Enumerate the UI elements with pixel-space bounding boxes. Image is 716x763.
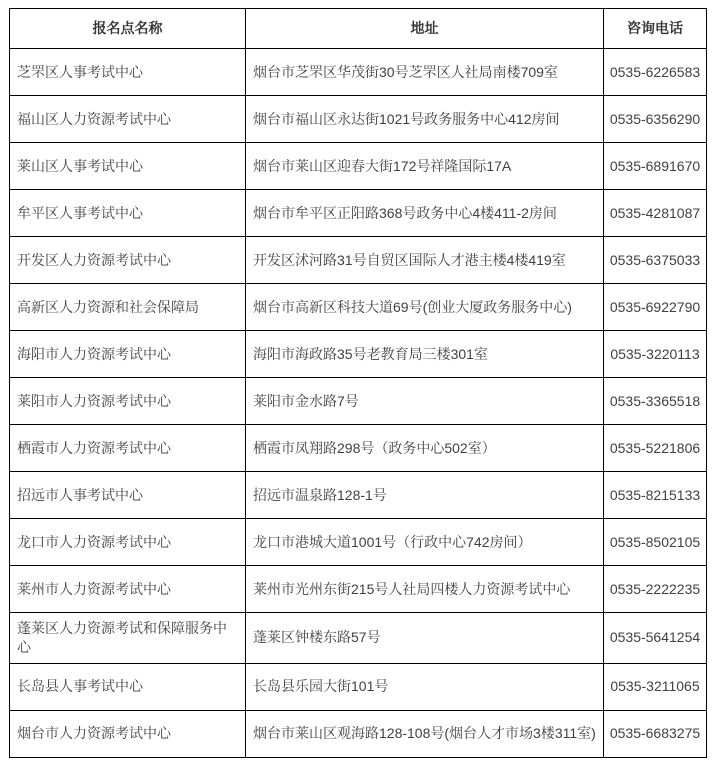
cell-address: 烟台市芝罘区华茂街30号芝罘区人社局南楼709室 bbox=[246, 49, 604, 96]
cell-address: 龙口市港城大道1001号（行政中心742房间） bbox=[246, 519, 604, 566]
cell-phone: 0535-6356290 bbox=[604, 96, 707, 143]
cell-address: 莱州市光州东街215号人社局四楼人力资源考试中心 bbox=[246, 566, 604, 613]
cell-phone: 0535-2222235 bbox=[604, 566, 707, 613]
cell-phone: 0535-5641254 bbox=[604, 613, 707, 664]
header-address: 地址 bbox=[246, 9, 604, 49]
cell-address: 招远市温泉路128-1号 bbox=[246, 472, 604, 519]
cell-address: 长岛县乐园大街101号 bbox=[246, 663, 604, 710]
cell-registration-point-name: 莱阳市人力资源考试中心 bbox=[10, 378, 246, 425]
table-row: 烟台市人力资源考试中心烟台市莱山区观海路128-108号(烟台人才市场3楼311… bbox=[10, 710, 707, 757]
table-row: 栖霞市人力资源考试中心栖霞市凤翔路298号（政务中心502室）0535-5221… bbox=[10, 425, 707, 472]
cell-address: 栖霞市凤翔路298号（政务中心502室） bbox=[246, 425, 604, 472]
cell-registration-point-name: 莱州市人力资源考试中心 bbox=[10, 566, 246, 613]
cell-registration-point-name: 开发区人力资源考试中心 bbox=[10, 237, 246, 284]
cell-registration-point-name: 莱山区人事考试中心 bbox=[10, 143, 246, 190]
cell-registration-point-name: 蓬莱区人力资源考试和保障服务中心 bbox=[10, 613, 246, 664]
cell-address: 烟台市福山区永达街1021号政务服务中心412房间 bbox=[246, 96, 604, 143]
cell-phone: 0535-6891670 bbox=[604, 143, 707, 190]
cell-phone: 0535-3365518 bbox=[604, 378, 707, 425]
registration-points-table: 报名点名称 地址 咨询电话 芝罘区人事考试中心烟台市芝罘区华茂街30号芝罘区人社… bbox=[9, 8, 707, 758]
cell-address: 烟台市高新区科技大道69号(创业大厦政务服务中心) bbox=[246, 284, 604, 331]
cell-address: 烟台市莱山区观海路128-108号(烟台人才市场3楼311室) bbox=[246, 710, 604, 757]
cell-address: 烟台市牟平区正阳路368号政务中心4楼411-2房间 bbox=[246, 190, 604, 237]
table-row: 福山区人力资源考试中心烟台市福山区永达街1021号政务服务中心412房间0535… bbox=[10, 96, 707, 143]
table-header: 报名点名称 地址 咨询电话 bbox=[10, 9, 707, 49]
cell-registration-point-name: 海阳市人力资源考试中心 bbox=[10, 331, 246, 378]
table-row: 莱阳市人力资源考试中心莱阳市金水路7号0535-3365518 bbox=[10, 378, 707, 425]
cell-phone: 0535-5221806 bbox=[604, 425, 707, 472]
cell-registration-point-name: 福山区人力资源考试中心 bbox=[10, 96, 246, 143]
table-row: 招远市人事考试中心招远市温泉路128-1号0535-8215133 bbox=[10, 472, 707, 519]
table-row: 长岛县人事考试中心长岛县乐园大街101号0535-3211065 bbox=[10, 663, 707, 710]
page: 报名点名称 地址 咨询电话 芝罘区人事考试中心烟台市芝罘区华茂街30号芝罘区人社… bbox=[0, 0, 716, 763]
cell-phone: 0535-4281087 bbox=[604, 190, 707, 237]
cell-registration-point-name: 龙口市人力资源考试中心 bbox=[10, 519, 246, 566]
cell-phone: 0535-8502105 bbox=[604, 519, 707, 566]
cell-address: 烟台市莱山区迎春大街172号祥隆国际17A bbox=[246, 143, 604, 190]
header-row: 报名点名称 地址 咨询电话 bbox=[10, 9, 707, 49]
table-body: 芝罘区人事考试中心烟台市芝罘区华茂街30号芝罘区人社局南楼709室0535-62… bbox=[10, 49, 707, 758]
table-row: 高新区人力资源和社会保障局烟台市高新区科技大道69号(创业大厦政务服务中心)05… bbox=[10, 284, 707, 331]
cell-address: 蓬莱区钟楼东路57号 bbox=[246, 613, 604, 664]
table-row: 龙口市人力资源考试中心龙口市港城大道1001号（行政中心742房间）0535-8… bbox=[10, 519, 707, 566]
table-row: 芝罘区人事考试中心烟台市芝罘区华茂街30号芝罘区人社局南楼709室0535-62… bbox=[10, 49, 707, 96]
cell-registration-point-name: 芝罘区人事考试中心 bbox=[10, 49, 246, 96]
header-name: 报名点名称 bbox=[10, 9, 246, 49]
cell-phone: 0535-3220113 bbox=[604, 331, 707, 378]
cell-registration-point-name: 长岛县人事考试中心 bbox=[10, 663, 246, 710]
cell-phone: 0535-6375033 bbox=[604, 237, 707, 284]
cell-registration-point-name: 烟台市人力资源考试中心 bbox=[10, 710, 246, 757]
cell-address: 莱阳市金水路7号 bbox=[246, 378, 604, 425]
table-row: 莱州市人力资源考试中心莱州市光州东街215号人社局四楼人力资源考试中心0535-… bbox=[10, 566, 707, 613]
cell-phone: 0535-6683275 bbox=[604, 710, 707, 757]
table-row: 海阳市人力资源考试中心海阳市海政路35号老教育局三楼301室0535-32201… bbox=[10, 331, 707, 378]
cell-address: 开发区沭河路31号自贸区国际人才港主楼4楼419室 bbox=[246, 237, 604, 284]
table-row: 开发区人力资源考试中心开发区沭河路31号自贸区国际人才港主楼4楼419室0535… bbox=[10, 237, 707, 284]
cell-phone: 0535-8215133 bbox=[604, 472, 707, 519]
cell-phone: 0535-6226583 bbox=[604, 49, 707, 96]
cell-registration-point-name: 牟平区人事考试中心 bbox=[10, 190, 246, 237]
table-row: 莱山区人事考试中心烟台市莱山区迎春大街172号祥隆国际17A0535-68916… bbox=[10, 143, 707, 190]
cell-phone: 0535-3211065 bbox=[604, 663, 707, 710]
cell-phone: 0535-6922790 bbox=[604, 284, 707, 331]
table-row: 蓬莱区人力资源考试和保障服务中心蓬莱区钟楼东路57号0535-5641254 bbox=[10, 613, 707, 664]
cell-registration-point-name: 招远市人事考试中心 bbox=[10, 472, 246, 519]
cell-registration-point-name: 高新区人力资源和社会保障局 bbox=[10, 284, 246, 331]
header-phone: 咨询电话 bbox=[604, 9, 707, 49]
cell-address: 海阳市海政路35号老教育局三楼301室 bbox=[246, 331, 604, 378]
cell-registration-point-name: 栖霞市人力资源考试中心 bbox=[10, 425, 246, 472]
table-row: 牟平区人事考试中心烟台市牟平区正阳路368号政务中心4楼411-2房间0535-… bbox=[10, 190, 707, 237]
